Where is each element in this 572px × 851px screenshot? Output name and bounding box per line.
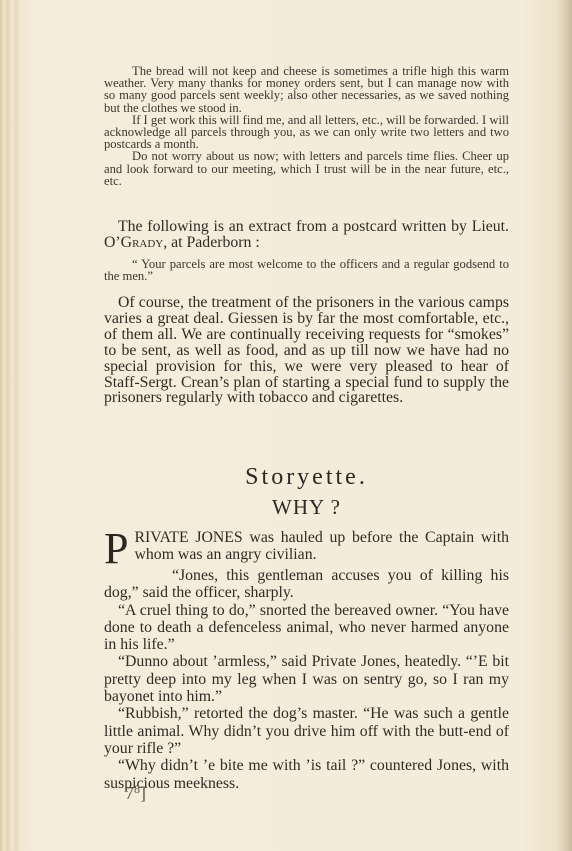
story-paragraph: “Jones, this gentleman accuses you of ki… — [104, 567, 509, 602]
letter-excerpt: The bread will not keep and cheese is so… — [104, 65, 509, 187]
intro-location: , at Paderborn : — [163, 234, 260, 251]
letter-paragraph: The bread will not keep and cheese is so… — [104, 65, 509, 114]
book-page: The bread will not keep and cheese is so… — [0, 0, 572, 851]
letter-paragraph: If I get work this will find me, and all… — [104, 114, 509, 151]
treatment-paragraph-block: Of course, the treatment of the prisoner… — [104, 295, 509, 406]
postcard-quote-block: “ Your parcels are most welcome to the o… — [104, 258, 509, 283]
intro-name: Grady — [121, 234, 164, 251]
treatment-paragraph: Of course, the treatment of the prisoner… — [104, 295, 509, 406]
page-number: 78] — [125, 782, 146, 804]
postcard-intro: The following is an extract from a postc… — [104, 219, 509, 251]
storyette-body: PRIVATE JONES was hauled up before the C… — [104, 529, 509, 792]
storyette-heading: Storyette. — [104, 464, 509, 491]
postcard-quote: “ Your parcels are most welcome to the o… — [104, 258, 509, 283]
first-caps: RIVATE JONES — [134, 529, 242, 546]
book-binding-edge — [0, 0, 22, 851]
story-paragraph: “A cruel thing to do,” snorted the berea… — [104, 602, 509, 654]
story-paragraph: “Dunno about ’armless,” said Private Jon… — [104, 653, 509, 705]
story-paragraph: “Why didn’t ’e bite me with ’is tail ?” … — [104, 757, 509, 792]
letter-paragraph: Do not worry about us now; with letters … — [104, 150, 509, 187]
drop-cap: P — [104, 531, 128, 567]
story-paragraph: “Rubbish,” retorted the dog’s master. “H… — [104, 705, 509, 757]
storyette-subheading: WHY ? — [104, 495, 509, 520]
